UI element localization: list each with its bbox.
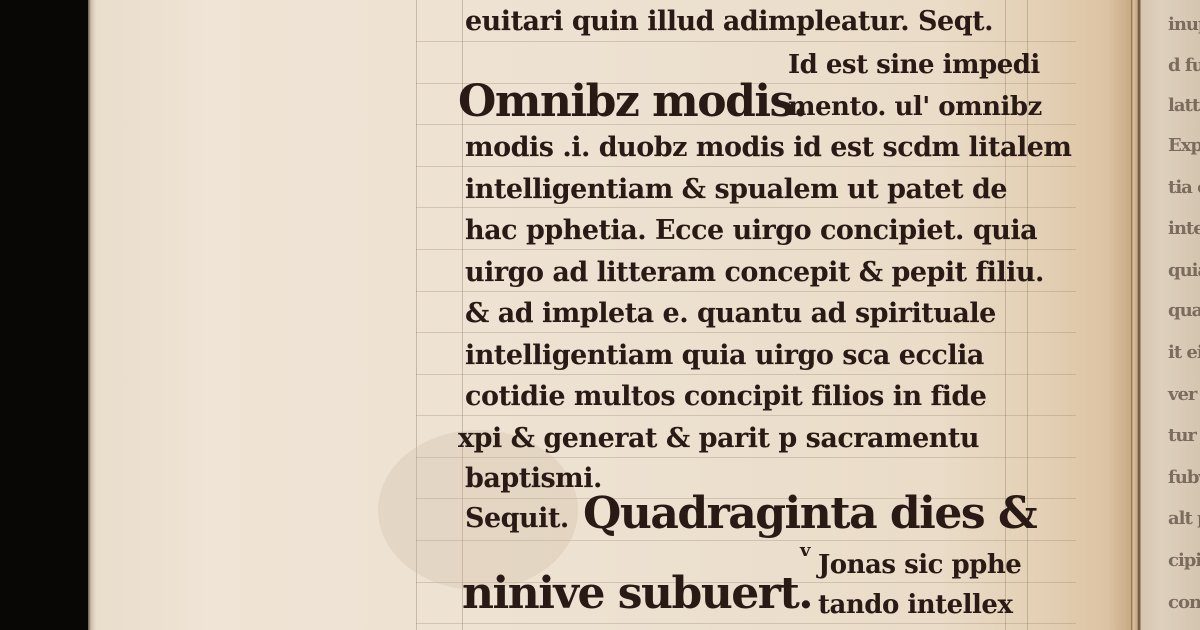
gloss-line: tando intellex <box>818 590 1012 620</box>
facing-text: condit <box>1168 592 1200 613</box>
facing-text: quia <box>1168 260 1200 281</box>
ruling-horizontal <box>416 166 1076 167</box>
manuscript-page: euitari quin illud adimpleatur. Seqt. Id… <box>88 0 1138 630</box>
text-line: Sequit. <box>465 503 569 534</box>
ruling-horizontal <box>416 249 1076 250</box>
ruling-horizontal <box>416 415 1076 416</box>
facing-text: alt po <box>1168 508 1200 529</box>
facing-text: tia ca <box>1168 177 1200 198</box>
text-line: xpi & generat & parit p sacramentu <box>458 423 979 454</box>
page-gutter <box>1131 0 1141 630</box>
facing-text: Expedi <box>1168 135 1200 156</box>
rubric-heading: Omnibz modis. <box>458 76 807 127</box>
facing-text: lattitu <box>1168 95 1200 116</box>
superscript-mark: v <box>800 540 810 561</box>
gloss-line: Jonas sic pphe <box>818 550 1021 580</box>
text-line: uirgo ad litteram concepit & pepit filiu… <box>465 257 1044 288</box>
text-line: modis .i. duobz modis id est scdm litale… <box>465 132 1071 163</box>
text-line: hac pphetia. Ecce uirgo concipiet. quia <box>465 215 1037 246</box>
ruling-horizontal <box>416 41 1076 42</box>
facing-text: quam <box>1168 300 1200 321</box>
facing-text: fubvic <box>1168 467 1200 488</box>
facing-text: d fum <box>1168 55 1200 76</box>
gloss-line: mento. ul' omnibz <box>788 92 1042 122</box>
ruling-horizontal <box>416 332 1076 333</box>
facing-text: ver pp <box>1168 384 1200 405</box>
text-line: euitari quin illud adimpleatur. Seqt. <box>465 6 993 37</box>
ruling-horizontal <box>416 291 1076 292</box>
ruling-horizontal <box>416 207 1076 208</box>
text-line: cotidie multos concipit filios in fide <box>465 381 986 412</box>
rubric-heading: Quadraginta dies & <box>583 488 1036 539</box>
ruling-horizontal <box>416 623 1076 624</box>
text-line: baptismi. <box>465 463 602 494</box>
text-line: & ad impleta e. quantu ad spirituale <box>465 298 996 329</box>
ruling-horizontal <box>416 374 1076 375</box>
text-line: intelligentiam & spualem ut patet de <box>465 174 1007 205</box>
facing-text: intellig <box>1168 218 1200 239</box>
gloss-line: Id est sine impedi <box>788 50 1040 80</box>
scan-background <box>0 0 88 630</box>
rubric-heading: ninive subuert. <box>462 568 812 619</box>
facing-text: inupo <box>1168 14 1200 35</box>
facing-text: tur in <box>1168 425 1200 446</box>
facing-text: it eit <box>1168 342 1200 363</box>
facing-text: cipitu <box>1168 550 1200 571</box>
text-line: intelligentiam quia uirgo sca ecclia <box>465 340 984 371</box>
